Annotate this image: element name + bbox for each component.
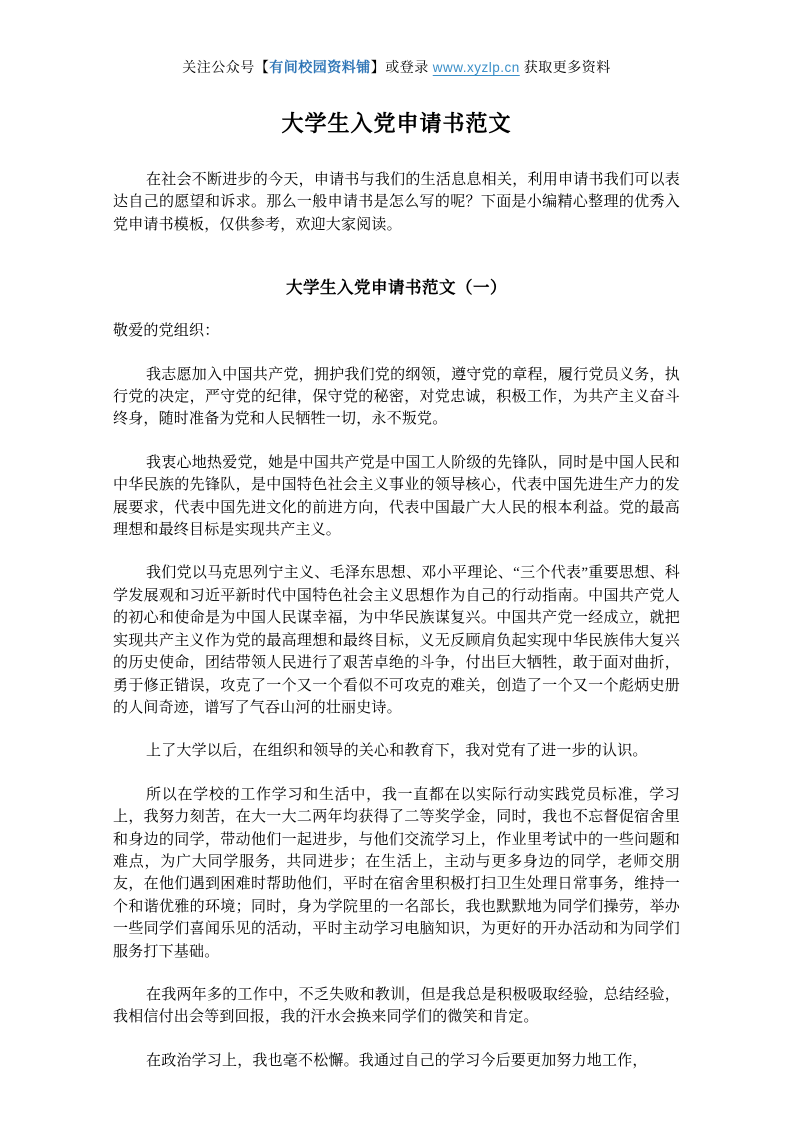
body-paragraph-6: 在我两年多的工作中，不乏失败和教训，但是我总是积极吸取经验，总结经验，我相信付出…: [113, 984, 680, 1029]
document-header: 关注公众号【有间校园资料铺】或登录 www.xyzlp.cn 获取更多资料: [113, 58, 680, 79]
header-suffix: 获取更多资料: [520, 61, 611, 76]
document-page: 关注公众号【有间校园资料铺】或登录 www.xyzlp.cn 获取更多资料 大学…: [0, 0, 793, 1122]
brand-name: 有间校园资料铺: [269, 61, 371, 76]
section-subtitle: 大学生入党申请书范文（一）: [113, 276, 680, 300]
salutation-line: 敬爱的党组织：: [113, 320, 680, 342]
body-paragraph-7: 在政治学习上，我也毫不松懈。我通过自己的学习今后要更加努力地工作，: [113, 1050, 680, 1072]
website-link[interactable]: www.xyzlp.cn: [433, 60, 520, 75]
body-paragraph-5: 所以在学校的工作学习和生活中，我一直都在以实际行动实践党员标准，学习上，我努力刻…: [113, 784, 680, 963]
body-paragraph-4: 上了大学以后，在组织和领导的关心和教育下，我对党有了进一步的认识。: [113, 740, 680, 762]
intro-paragraph: 在社会不断进步的今天，申请书与我们的生活息息相关，利用申请书我们可以表达自己的愿…: [113, 169, 680, 236]
header-prefix: 关注公众号【: [182, 61, 269, 76]
body-paragraph-1: 我志愿加入中国共产党，拥护我们党的纲领，遵守党的章程，履行党员义务，执行党的决定…: [113, 364, 680, 431]
body-paragraph-3: 我们党以马克思列宁主义、毛泽东思想、邓小平理论、“三个代表”重要思想、科学发展观…: [113, 562, 680, 719]
document-title: 大学生入党申请书范文: [113, 109, 680, 139]
body-paragraph-2: 我衷心地热爱党，她是中国共产党是中国工人阶级的先锋队，同时是中国人民和中华民族的…: [113, 452, 680, 542]
header-middle: 】或登录: [371, 61, 433, 76]
